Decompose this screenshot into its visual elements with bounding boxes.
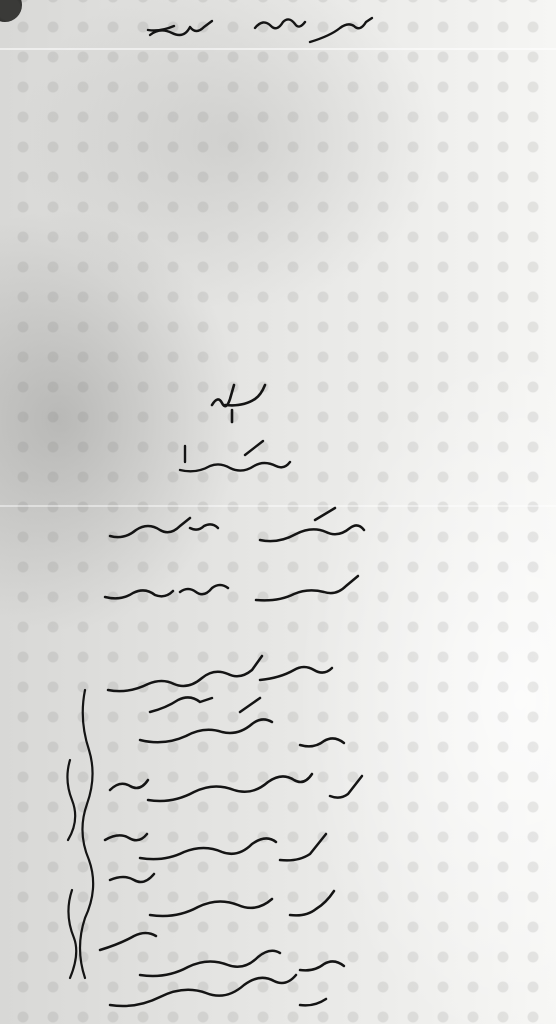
invocation-handwriting <box>212 385 265 422</box>
margin-handwriting <box>67 690 93 978</box>
body-handwriting <box>100 508 364 1006</box>
header-handwriting <box>148 18 372 42</box>
title-handwriting <box>180 441 290 471</box>
handwriting-strokes <box>0 0 556 1024</box>
